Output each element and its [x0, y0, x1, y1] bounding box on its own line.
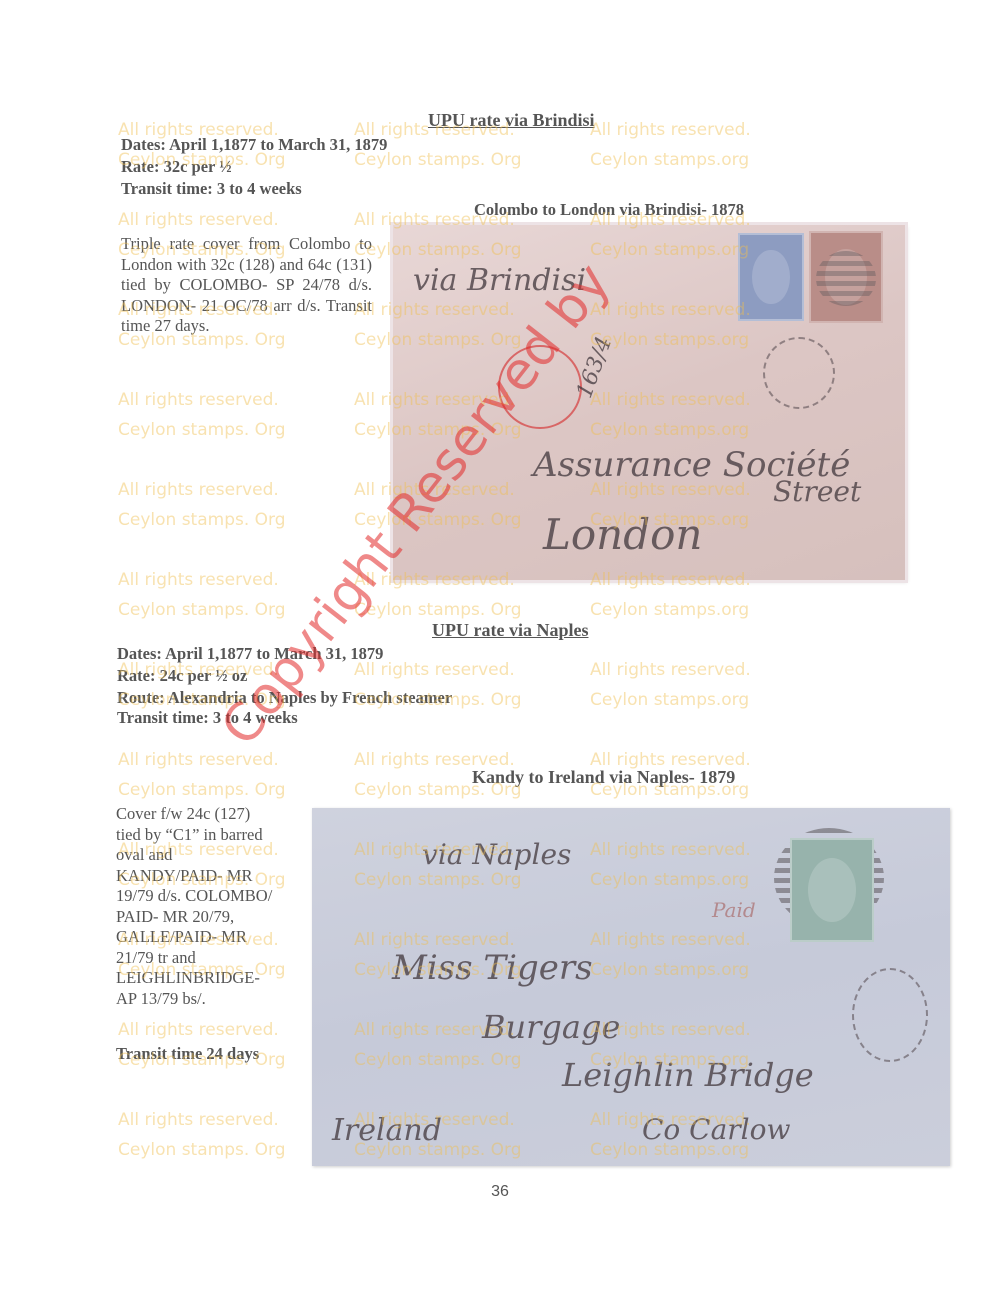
cover-image-kandy-ireland: via Naples Paid Miss Tigers Burgage Leig… — [312, 808, 950, 1166]
desc-line: oval and — [116, 845, 306, 866]
route-line: Route: Alexandria to Naples by French st… — [117, 687, 452, 708]
colombo-datestamp — [763, 337, 835, 409]
stamp-64c-brown — [809, 231, 883, 323]
desc-line: GALLE/PAID- MR — [116, 927, 306, 948]
desc-line: Cover f/w 24c (127) — [116, 804, 306, 825]
cover-description-brindisi: Triple rate cover from Colombo to London… — [121, 234, 372, 337]
stamp-32c-blue — [738, 233, 804, 321]
watermark-text: All rights reserved. — [118, 480, 279, 500]
handwriting-address-2: Burgage — [482, 1008, 620, 1046]
desc-line: 19/79 d/s. COLOMBO/ — [116, 886, 306, 907]
watermark-text: Ceylon stamps. Org — [118, 780, 286, 800]
transit-line-2: Transit time: 3 to 4 weeks — [117, 707, 298, 728]
section-heading-brindisi: UPU rate via Brindisi — [428, 110, 595, 131]
watermark-text: All rights reserved. — [590, 120, 751, 140]
watermark-text: Ceylon stamps. Org — [118, 510, 286, 530]
stamp-24c-green — [790, 838, 874, 942]
desc-line: PAID- MR 20/79, — [116, 907, 306, 928]
desc-line: LEIGHLINBRIDGE- — [116, 968, 306, 989]
cover-image-colombo-london: via Brindisi 163/4 Assurance Société Str… — [393, 225, 905, 580]
handwriting-address-3: Leighlin Bridge — [562, 1056, 814, 1094]
rate-line-2: Rate: 24c per ½ oz — [117, 665, 247, 686]
watermark-text: Ceylon stamps.org — [590, 690, 749, 710]
watermark-text: All rights reserved. — [118, 750, 279, 770]
rate-line: Rate: 32c per ½ — [121, 156, 232, 177]
desc-line: 21/79 tr and — [116, 948, 306, 969]
watermark-text: All rights reserved. — [118, 1020, 279, 1040]
handwriting-paid: Paid — [712, 898, 756, 922]
watermark-text: All rights reserved. — [590, 660, 751, 680]
watermark-text: All rights reserved. — [118, 390, 279, 410]
dates-line-2: Dates: April 1,1877 to March 31, 1879 — [117, 643, 383, 664]
watermark-text: Ceylon stamps. Org — [118, 1140, 286, 1160]
handwriting-figure: 163/4 — [572, 333, 617, 401]
handwriting-via-brindisi: via Brindisi — [413, 263, 586, 298]
watermark-text: All rights reserved. — [118, 210, 279, 230]
watermark-text: Ceylon stamps.org — [590, 150, 749, 170]
handwriting-address-4: Ireland — [332, 1113, 442, 1148]
transit-days-line: Transit time 24 days — [116, 1043, 259, 1064]
section-heading-naples: UPU rate via Naples — [432, 620, 588, 641]
transit-line: Transit time: 3 to 4 weeks — [121, 178, 302, 199]
desc-line: tied by “C1” in barred — [116, 825, 306, 846]
handwriting-address-1: Miss Tigers — [392, 948, 593, 988]
desc-line: AP 13/79 bs/. — [116, 989, 306, 1010]
watermark-text: All rights reserved. — [118, 1110, 279, 1130]
cover-description-naples: Cover f/w 24c (127) tied by “C1” in barr… — [116, 804, 306, 1009]
london-red-datestamp — [498, 345, 582, 429]
desc-line: KANDY/PAID- MR — [116, 866, 306, 887]
kandy-datestamp — [852, 968, 928, 1062]
handwriting-address-5: Co Carlow — [642, 1113, 790, 1146]
watermark-text: Ceylon stamps. Org — [118, 600, 286, 620]
watermark-text: Ceylon stamps.org — [590, 600, 749, 620]
watermark-text: Ceylon stamps. Org — [118, 420, 286, 440]
handwriting-address-2: Street — [773, 475, 861, 508]
handwriting-address-3: London — [543, 510, 702, 559]
cover-caption-naples: Kandy to Ireland via Naples- 1879 — [472, 767, 735, 788]
watermark-text: All rights reserved. — [118, 570, 279, 590]
watermark-text: Ceylon stamps. Org — [354, 600, 522, 620]
page-number: 36 — [0, 1183, 1000, 1201]
handwriting-via-naples: via Naples — [422, 838, 571, 871]
dates-line: Dates: April 1,1877 to March 31, 1879 — [121, 134, 387, 155]
cover-caption-brindisi: Colombo to London via Brindisi- 1878 — [474, 200, 744, 220]
